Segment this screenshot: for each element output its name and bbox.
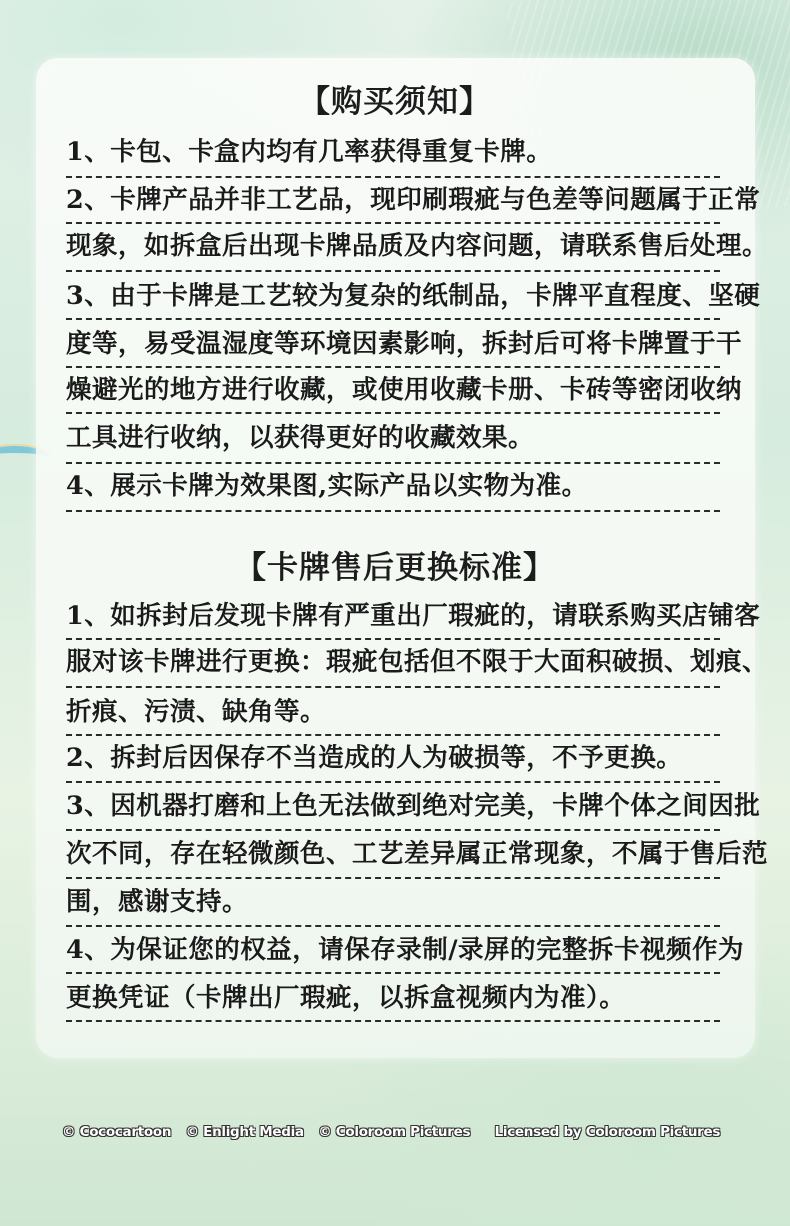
after-sales-line: 次不同，存在轻微颜色、工艺差异属正常现象，不属于售后范 (66, 832, 746, 876)
purchase-notice-line: 工具进行收纳，以获得更好的收藏效果。 (66, 416, 746, 460)
purchase-notice-line: 2、卡牌产品并非工艺品，现印刷瑕疵与色差等问题属于正常 (66, 178, 746, 222)
copyright-footer: © Cococartoon © Enlight Media © Coloroom… (62, 1124, 742, 1144)
after-sales-line: 服对该卡牌进行更换：瑕疵包括但不限于大面积破损、划痕、 (66, 640, 746, 684)
copyright-coloroom-pictures: © Coloroom Pictures (318, 1124, 470, 1140)
after-sales-line: 3、因机器打磨和上色无法做到绝对完美，卡牌个体之间因批 (66, 784, 746, 828)
dashed-divider (66, 510, 720, 512)
dashed-divider (66, 972, 720, 974)
purchase-notice-line: 度等，易受温湿度等环境因素影响，拆封后可将卡牌置于干 (66, 322, 746, 366)
dashed-divider (66, 270, 720, 272)
after-sales-title: 【卡牌售后更换标准】 (0, 542, 790, 587)
license-text: Licensed by Coloroom Pictures (495, 1124, 721, 1140)
copyright-enlight-media: © Enlight Media (186, 1124, 304, 1140)
after-sales-line: 围，感谢支持。 (66, 880, 746, 924)
after-sales-line: 折痕、污渍、缺角等。 (66, 690, 746, 734)
purchase-notice-line: 现象，如拆盒后出现卡牌品质及内容问题，请联系售后处理。 (66, 224, 746, 268)
purchase-notice-title: 【购买须知】 (0, 76, 790, 121)
after-sales-line: 1、如拆封后发现卡牌有严重出厂瑕疵的，请联系购买店铺客 (66, 594, 746, 638)
purchase-notice-line: 3、由于卡牌是工艺较为复杂的纸制品，卡牌平直程度、坚硬 (66, 274, 746, 318)
dashed-divider (66, 412, 720, 414)
dashed-divider (66, 781, 720, 783)
dashed-divider (66, 1020, 720, 1022)
dashed-divider (66, 829, 720, 831)
dashed-divider (66, 925, 720, 927)
purchase-notice-line: 1、卡包、卡盒内均有几率获得重复卡牌。 (66, 130, 746, 174)
copyright-cococartoon: © Cococartoon (62, 1124, 171, 1140)
dashed-divider (66, 318, 720, 320)
after-sales-line: 2、拆封后因保存不当造成的人为破损等，不予更换。 (66, 736, 746, 780)
dashed-divider (66, 686, 720, 688)
after-sales-line: 4、为保证您的权益，请保存录制/录屏的完整拆卡视频作为 (66, 928, 746, 972)
dashed-divider (66, 877, 720, 879)
after-sales-line: 更换凭证（卡牌出厂瑕疵，以拆盒视频内为准）。 (66, 976, 746, 1020)
purchase-notice-line: 燥避光的地方进行收藏，或使用收藏卡册、卡砖等密闭收纳 (66, 368, 746, 412)
purchase-notice-line: 4、展示卡牌为效果图,实际产品以实物为准。 (66, 464, 746, 508)
